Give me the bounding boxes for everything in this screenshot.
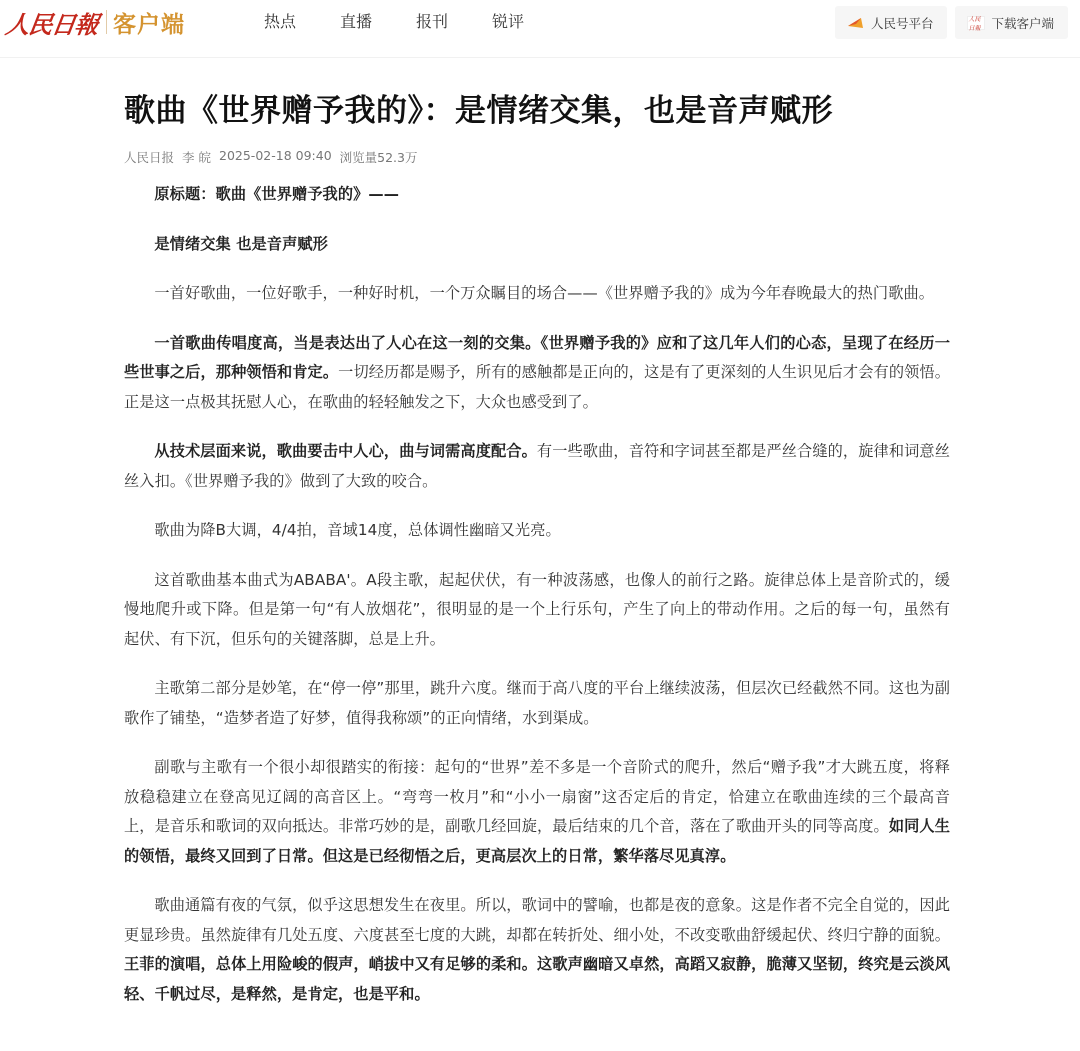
article-meta: 人民日报 李 皖 2025-02-18 09:40 浏览量52.3万 [124,148,950,166]
paragraph-text: 这首歌曲基本曲式为ABABA'。A段主歌，起起伏伏，有一种波荡感，也像人的前行之… [124,571,950,648]
article-paragraph: 副歌与主歌有一个很小却很踏实的衔接：起句的“世界”差不多是一个音阶式的爬升，然后… [124,753,950,871]
article-paragraph: 从技术层面来说，歌曲要击中人心，曲与词需高度配合。有一些歌曲，音符和字词甚至都是… [124,437,950,496]
paragraph-text: 歌曲通篇有夜的气氛，似乎这思想发生在夜里。所以，歌词中的譬喻，也都是夜的意象。这… [124,896,950,944]
logo-divider [106,10,107,34]
nav-item-commentary[interactable]: 锐评 [492,10,524,34]
article-subheading: 原标题：歌曲《世界赠予我的》—— [124,180,950,210]
article-paragraph: 歌曲为降B大调，4/4拍，音域14度，总体调性幽暗又光亮。 [124,516,950,546]
download-app-label: 下载客户端 [991,14,1054,32]
logo-client-label: 客户端 [113,6,185,39]
emphasis-text: 是情绪交集 也是音声赋形 [154,235,328,253]
emphasis-text: 王菲的演唱，总体上用险峻的假声，峭拔中又有足够的柔和。这歌声幽暗又卓然，高蹈又寂… [124,955,950,1003]
nav-item-newspaper[interactable]: 报刊 [416,10,448,34]
nav-item-hot[interactable]: 热点 [264,10,296,34]
logo-people-daily: 人民日報 [4,5,101,40]
paragraph-text: 副歌与主歌有一个很小却很踏实的衔接：起句的“世界”差不多是一个音阶式的爬升，然后… [124,758,950,835]
article-paragraph: 一首好歌曲，一位好歌手，一种好时机，一个万众瞩目的场合——《世界赠予我的》成为今… [124,279,950,309]
emphasis-text: 原标题：歌曲《世界赠予我的》—— [154,185,399,203]
main-nav: 热点 直播 报刊 锐评 [264,10,568,34]
top-navigation-bar: 人民日報 客户端 热点 直播 报刊 锐评 人民号平台 人民日報 下载客户端 [0,0,1080,58]
header-actions: 人民号平台 人民日報 下载客户端 [835,6,1068,39]
flag-icon [847,16,865,30]
article-subheading: 是情绪交集 也是音声赋形 [124,230,950,260]
app-logo-icon: 人民日報 [967,16,985,30]
article: 歌曲《世界赠予我的》：是情绪交集，也是音声赋形 人民日报 李 皖 2025-02… [124,88,950,1029]
people-account-platform-label: 人民号平台 [871,14,934,32]
people-account-platform-button[interactable]: 人民号平台 [835,6,948,39]
article-datetime: 2025-02-18 09:40 [219,148,332,166]
article-source: 人民日报 [124,148,174,166]
article-paragraph: 歌曲通篇有夜的气氛，似乎这思想发生在夜里。所以，歌词中的譬喻，也都是夜的意象。这… [124,891,950,1009]
article-body: 原标题：歌曲《世界赠予我的》——是情绪交集 也是音声赋形一首好歌曲，一位好歌手，… [124,180,950,1009]
paragraph-text: 主歌第二部分是妙笔，在“停一停”那里，跳升六度。继而于高八度的平台上继续波荡，但… [124,679,950,727]
paragraph-text: 一首好歌曲，一位好歌手，一种好时机，一个万众瞩目的场合——《世界赠予我的》成为今… [154,284,934,302]
article-title: 歌曲《世界赠予我的》：是情绪交集，也是音声赋形 [124,88,950,134]
article-paragraph: 主歌第二部分是妙笔，在“停一停”那里，跳升六度。继而于高八度的平台上继续波荡，但… [124,674,950,733]
article-views: 浏览量52.3万 [340,148,418,166]
site-logo[interactable]: 人民日報 客户端 [6,6,185,38]
nav-item-live[interactable]: 直播 [340,10,372,34]
paragraph-text: 歌曲为降B大调，4/4拍，音域14度，总体调性幽暗又光亮。 [154,521,560,539]
article-paragraph: 一首歌曲传唱度高，当是表达出了人心在这一刻的交集。《世界赠予我的》应和了这几年人… [124,329,950,418]
article-paragraph: 这首歌曲基本曲式为ABABA'。A段主歌，起起伏伏，有一种波荡感，也像人的前行之… [124,566,950,655]
download-app-button[interactable]: 人民日報 下载客户端 [955,6,1068,39]
article-author: 李 皖 [182,148,211,166]
emphasis-text: 从技术层面来说，歌曲要击中人心，曲与词需高度配合。 [154,442,537,460]
